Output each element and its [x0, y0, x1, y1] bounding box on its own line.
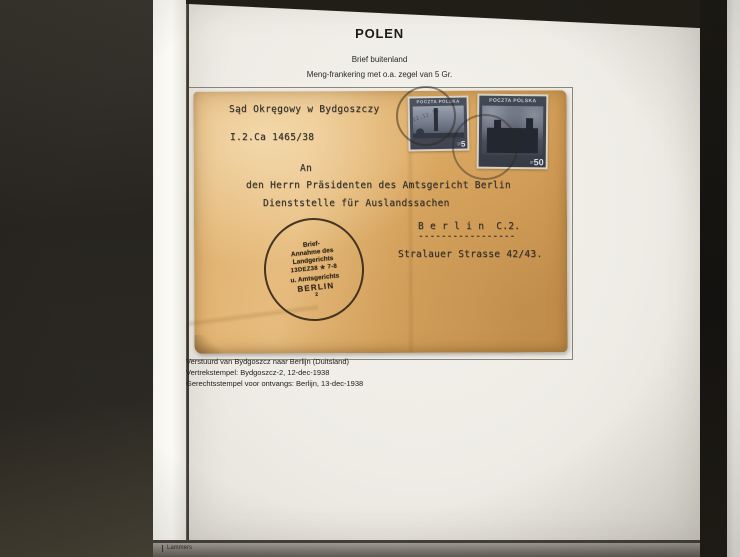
caption-line-3: Gerechtsstempel voor ontvangs: Berlijn, …: [186, 379, 363, 388]
adjacent-page-edge: [153, 0, 187, 557]
departure-cancel-circle-2: [452, 114, 518, 180]
photo-background-left: [0, 0, 153, 557]
photo-of-album-page: POLEN Brief buitenland Meng-frankering m…: [0, 0, 740, 557]
adjacent-surface-right: [727, 0, 740, 557]
page-subtitle-1: Brief buitenland: [189, 55, 570, 64]
stamp-value-number: 50: [534, 157, 544, 167]
page-subtitle-2: Meng-frankering met o.a. zegel van 5 Gr.: [189, 70, 570, 79]
sender-line-reference: I.2.Ca 1465/38: [230, 132, 314, 143]
envelope-corner-shadow: [194, 335, 222, 354]
sender-line-court: Sąd Okręgowy w Bydgoszczy: [229, 104, 380, 115]
collection-mark: Lammers: [162, 545, 192, 552]
stamp-inscription: POCZTA POLSKA: [479, 98, 546, 105]
photo-background-right: [700, 0, 727, 557]
caption-line-1: Verstuurd van Bydgoszcz naar Berlijn (Du…: [186, 357, 349, 366]
stamp-denomination: gr50: [530, 157, 544, 167]
postmark-number: 2: [315, 292, 318, 297]
address-street: Stralauer Strasse 42/43.: [398, 249, 542, 260]
departure-cancel-circle: 12.12.38: [396, 86, 456, 146]
address-line-1: den Herrn Präsidenten des Amtsgericht Be…: [246, 180, 511, 191]
address-line-2: Dienststelle für Auslandssachen: [263, 198, 450, 209]
page-title: POLEN: [189, 26, 570, 41]
caption-line-2: Vertrekstempel: Bydgoszcz-2, 12-dec-1938: [186, 368, 329, 377]
address-city-underline: -----------------: [418, 231, 515, 242]
address-salutation: An: [300, 163, 312, 174]
departure-cancel-date: 12.12.38: [412, 108, 440, 123]
photo-background-bottom: [153, 543, 700, 557]
